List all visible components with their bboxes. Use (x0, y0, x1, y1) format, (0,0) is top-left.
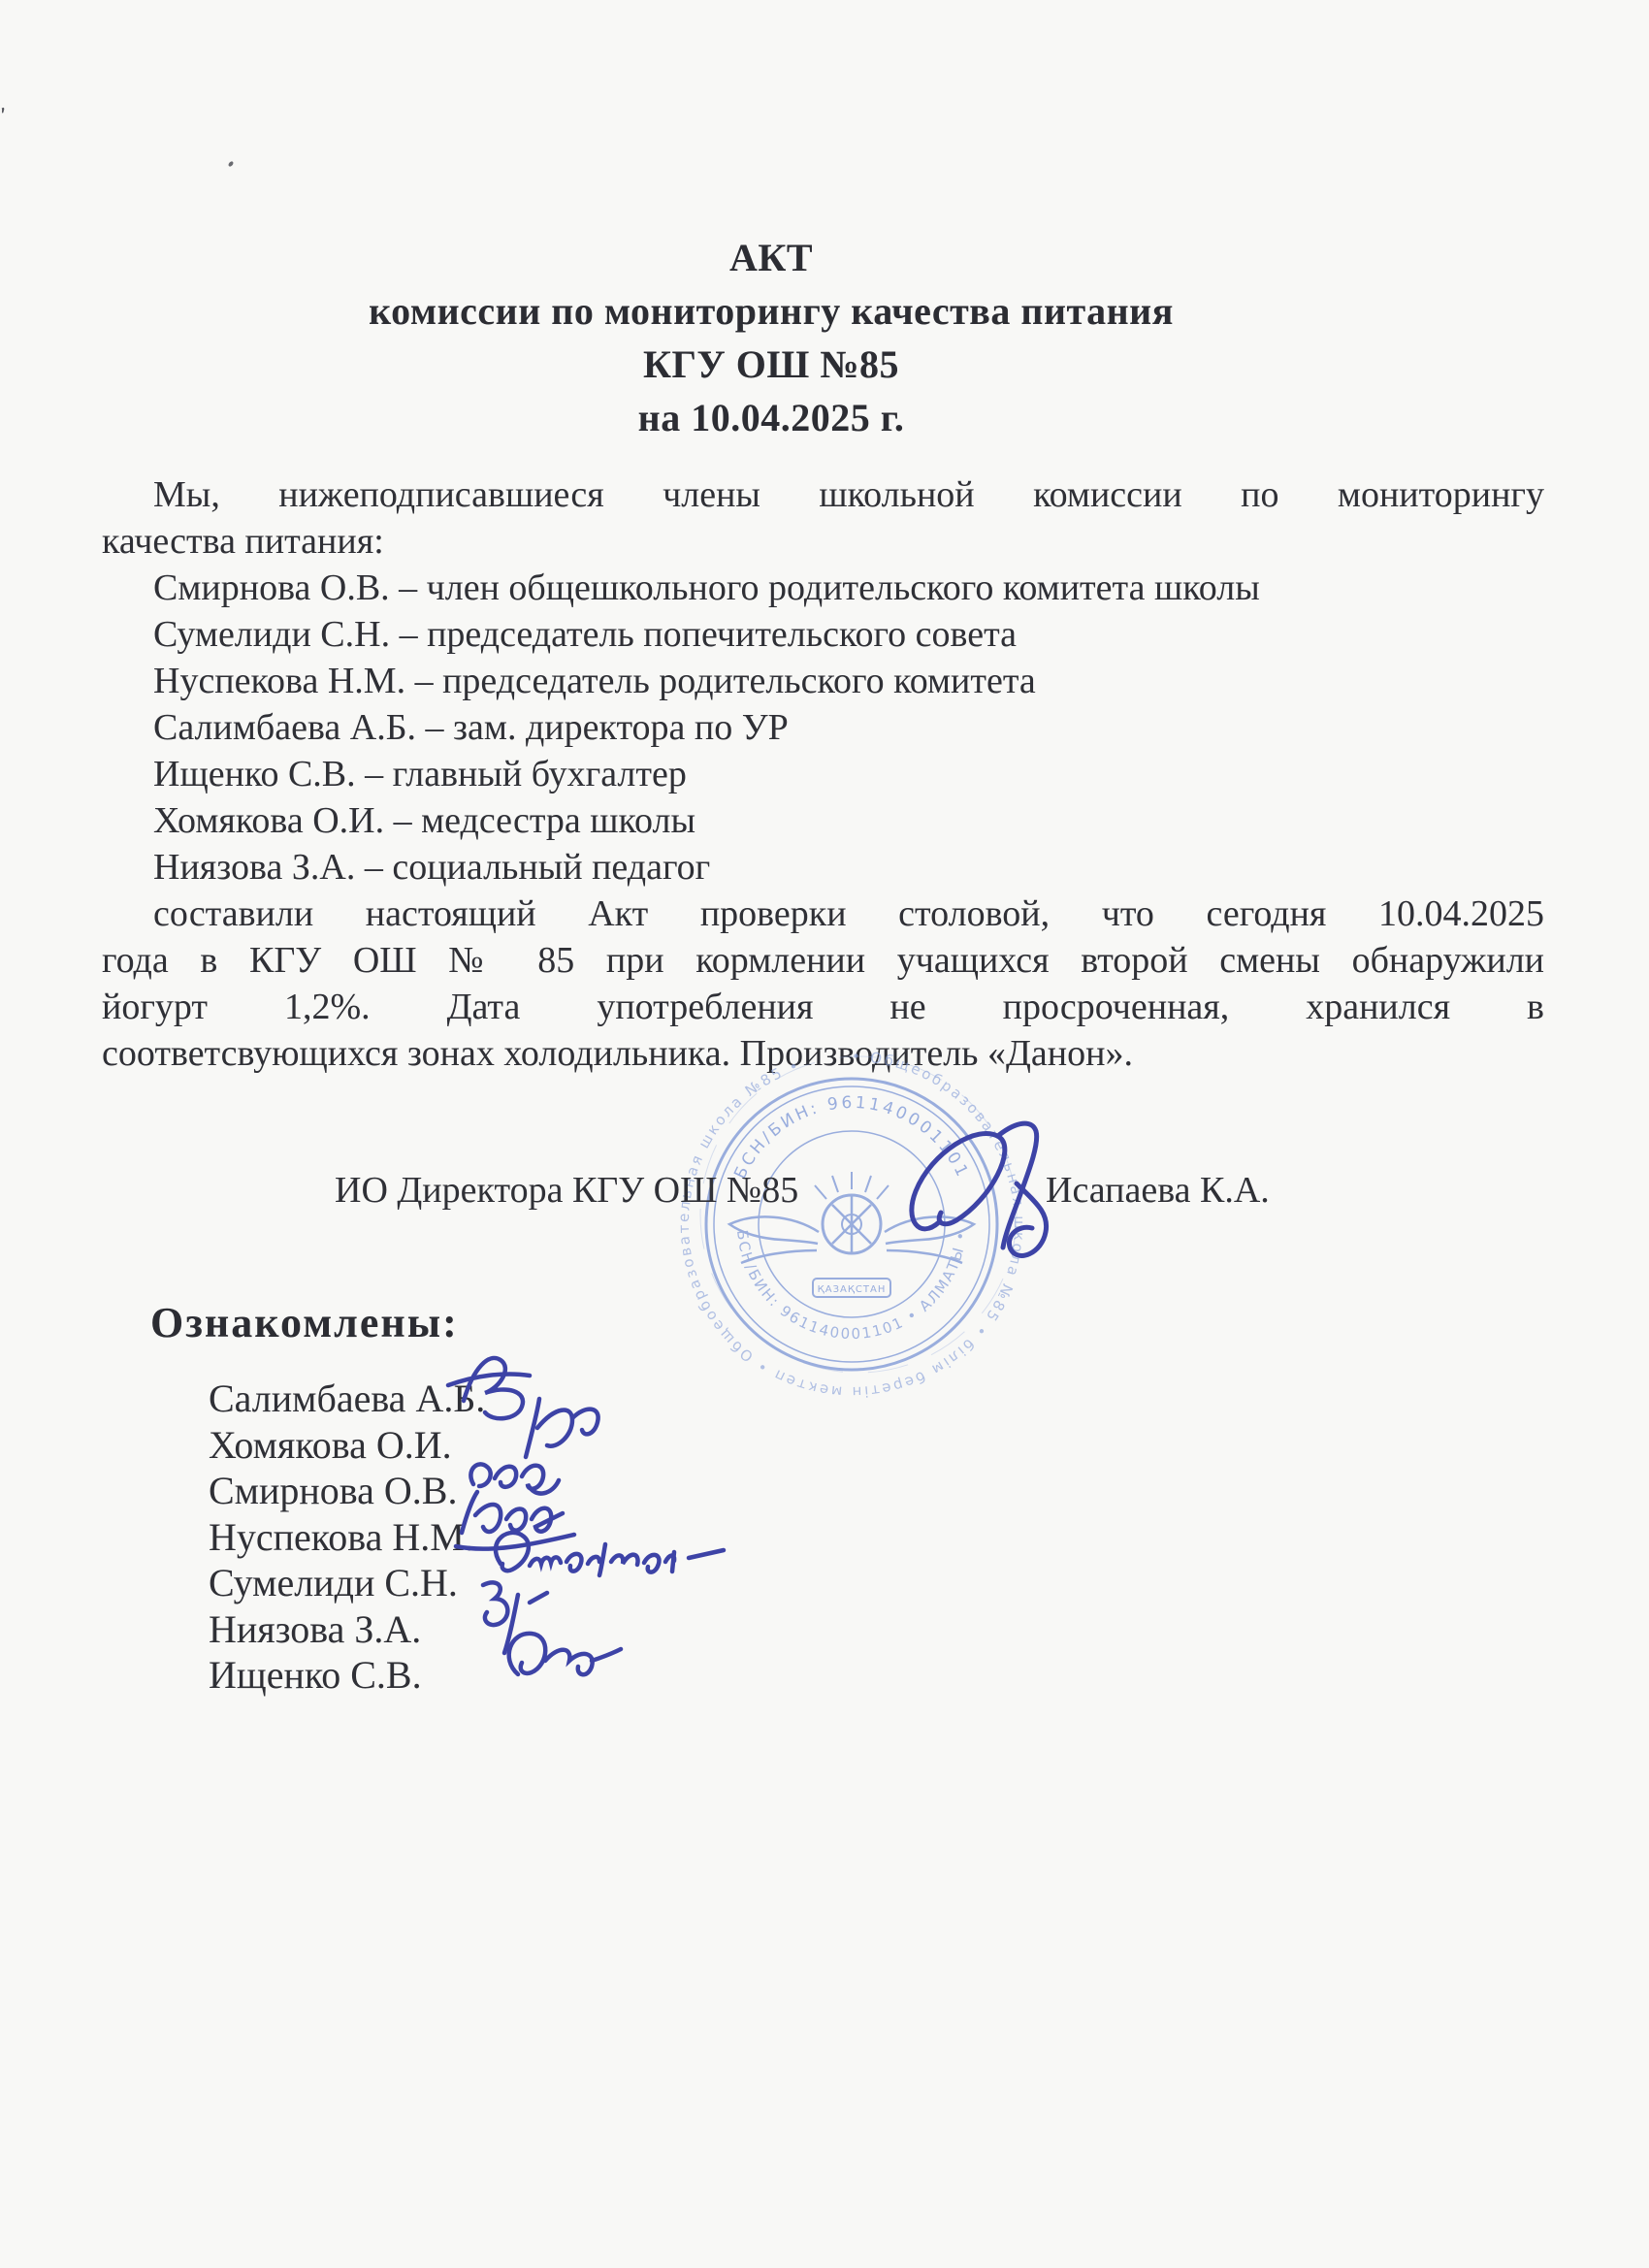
signature-ishchenko (509, 1634, 621, 1674)
member-item: Смирнова О.В. – член общешкольного родит… (102, 565, 1544, 611)
member-item: Салимбаева А.Б. – зам. директора по УР (102, 704, 1544, 751)
document-title-block: АКТ комиссии по мониторингу качества пит… (0, 231, 1542, 444)
member-item: Ищенко С.В. – главный бухгалтер (102, 751, 1544, 797)
acknowledged-heading: Ознакомлены: (150, 1298, 459, 1347)
director-signature-ink (902, 1116, 1106, 1295)
member-item: Хомякова О.И. – медсестра школы (102, 797, 1544, 844)
signature-salimbaeva (448, 1358, 530, 1418)
title-line-act: АКТ (0, 231, 1542, 284)
intro-line-2: качества питания: (102, 518, 1544, 565)
stamp-banner-text: ҚАЗАҚСТАН (818, 1284, 887, 1295)
scan-artifact-speck (228, 160, 235, 167)
signature-smirnova (470, 1464, 559, 1493)
scan-artifact-mark: ’ (0, 105, 11, 130)
document-body: Мы, нижеподписавшиеся члены школьной ком… (102, 471, 1544, 1077)
document-page: ’ АКТ комиссии по мониторингу качества п… (0, 0, 1649, 2268)
title-line-date: на 10.04.2025 г. (0, 391, 1542, 444)
member-item: Нуспекова Н.М. – председатель родительск… (102, 658, 1544, 704)
director-signature-row: ИО Директора КГУ ОШ №85 Исапаева К.А. (0, 1169, 1649, 1217)
acknowledged-signatures-ink (427, 1341, 1048, 1729)
member-item: Ниязова З.А. – социальный педагог (102, 844, 1544, 891)
intro-line-1: Мы, нижеподписавшиеся члены школьной ком… (102, 471, 1544, 518)
signature-nuspekova (456, 1492, 574, 1549)
member-item: Сумелиди С.Н. – председатель попечительс… (102, 611, 1544, 658)
title-line-commission: комиссии по мониторингу качества питания (0, 284, 1542, 338)
body-line-1: составили настоящий Акт проверки столово… (102, 891, 1544, 937)
signature-khomyakova (526, 1399, 598, 1457)
body-line-2: года в КГУ ОШ № 85 при кормлении учащихс… (102, 937, 1544, 984)
signature-sumelidi (496, 1533, 724, 1575)
title-line-school: КГУ ОШ №85 (0, 338, 1542, 391)
director-title: ИО Директора КГУ ОШ №85 (335, 1169, 798, 1212)
